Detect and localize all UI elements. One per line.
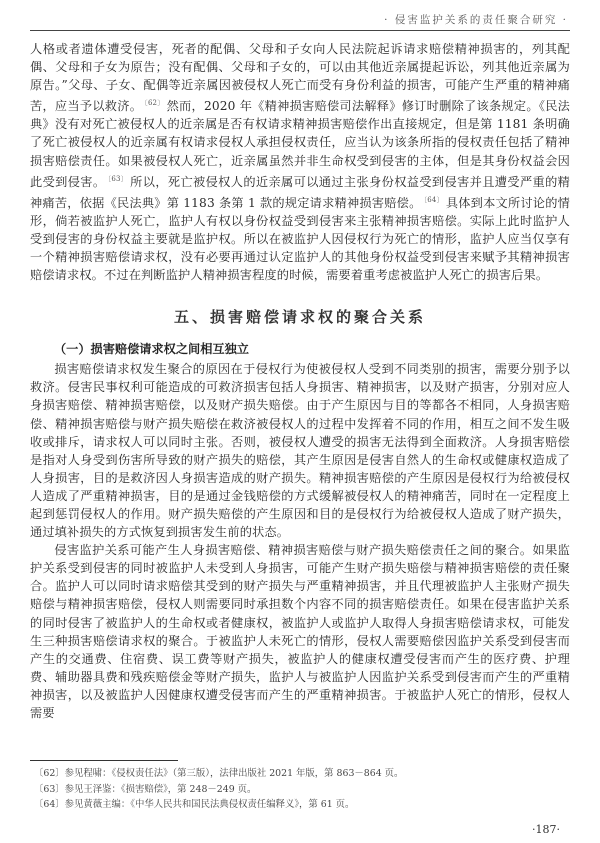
subsection-title: （一）损害赔偿请求权之间相互独立: [30, 340, 570, 358]
running-head: · 侵害监护关系的责任聚合研究 ·: [384, 12, 568, 27]
footnote-63: 〔63〕参见王泽鉴：《损害赔偿》，第 248－249 页。: [34, 782, 564, 798]
paragraph: 损害赔偿请求权发生聚合的原因在于侵权行为使被侵权人受到不同类别的损害，需要分别予…: [30, 360, 570, 541]
footnote-64: 〔64〕参见黄薇主编：《中华人民共和国民法典侵权责任编释义》，第 61 页。: [34, 797, 564, 813]
page-number: ·187·: [532, 823, 560, 836]
footnote-62: 〔62〕参见程啸：《侵权责任法》（第三版），法律出版社 2021 年版，第 86…: [34, 766, 564, 782]
header-rule: [30, 30, 570, 31]
footnote-rule: [30, 760, 178, 761]
page-body: 人格或者遗体遭受侵害，死者的配偶、父母和子女向人民法院起诉请求赔偿精神损害的，列…: [30, 40, 570, 722]
footnotes: 〔62〕参见程啸：《侵权责任法》（第三版），法律出版社 2021 年版，第 86…: [34, 766, 564, 813]
section-title: 五、损害赔偿请求权的聚合关系: [30, 306, 570, 327]
paragraph: 侵害监护关系可能产生人身损害赔偿、精神损害赔偿与财产损失赔偿责任之间的聚合。如果…: [30, 541, 570, 722]
paragraph-continued: 人格或者遗体遭受侵害，死者的配偶、父母和子女向人民法院起诉请求赔偿精神损害的，列…: [30, 40, 570, 284]
footnote-ref-62[interactable]: 〔62〕: [144, 99, 164, 107]
footnote-ref-63[interactable]: 〔63〕: [107, 175, 128, 183]
footnote-ref-64[interactable]: 〔64〕: [424, 196, 444, 204]
